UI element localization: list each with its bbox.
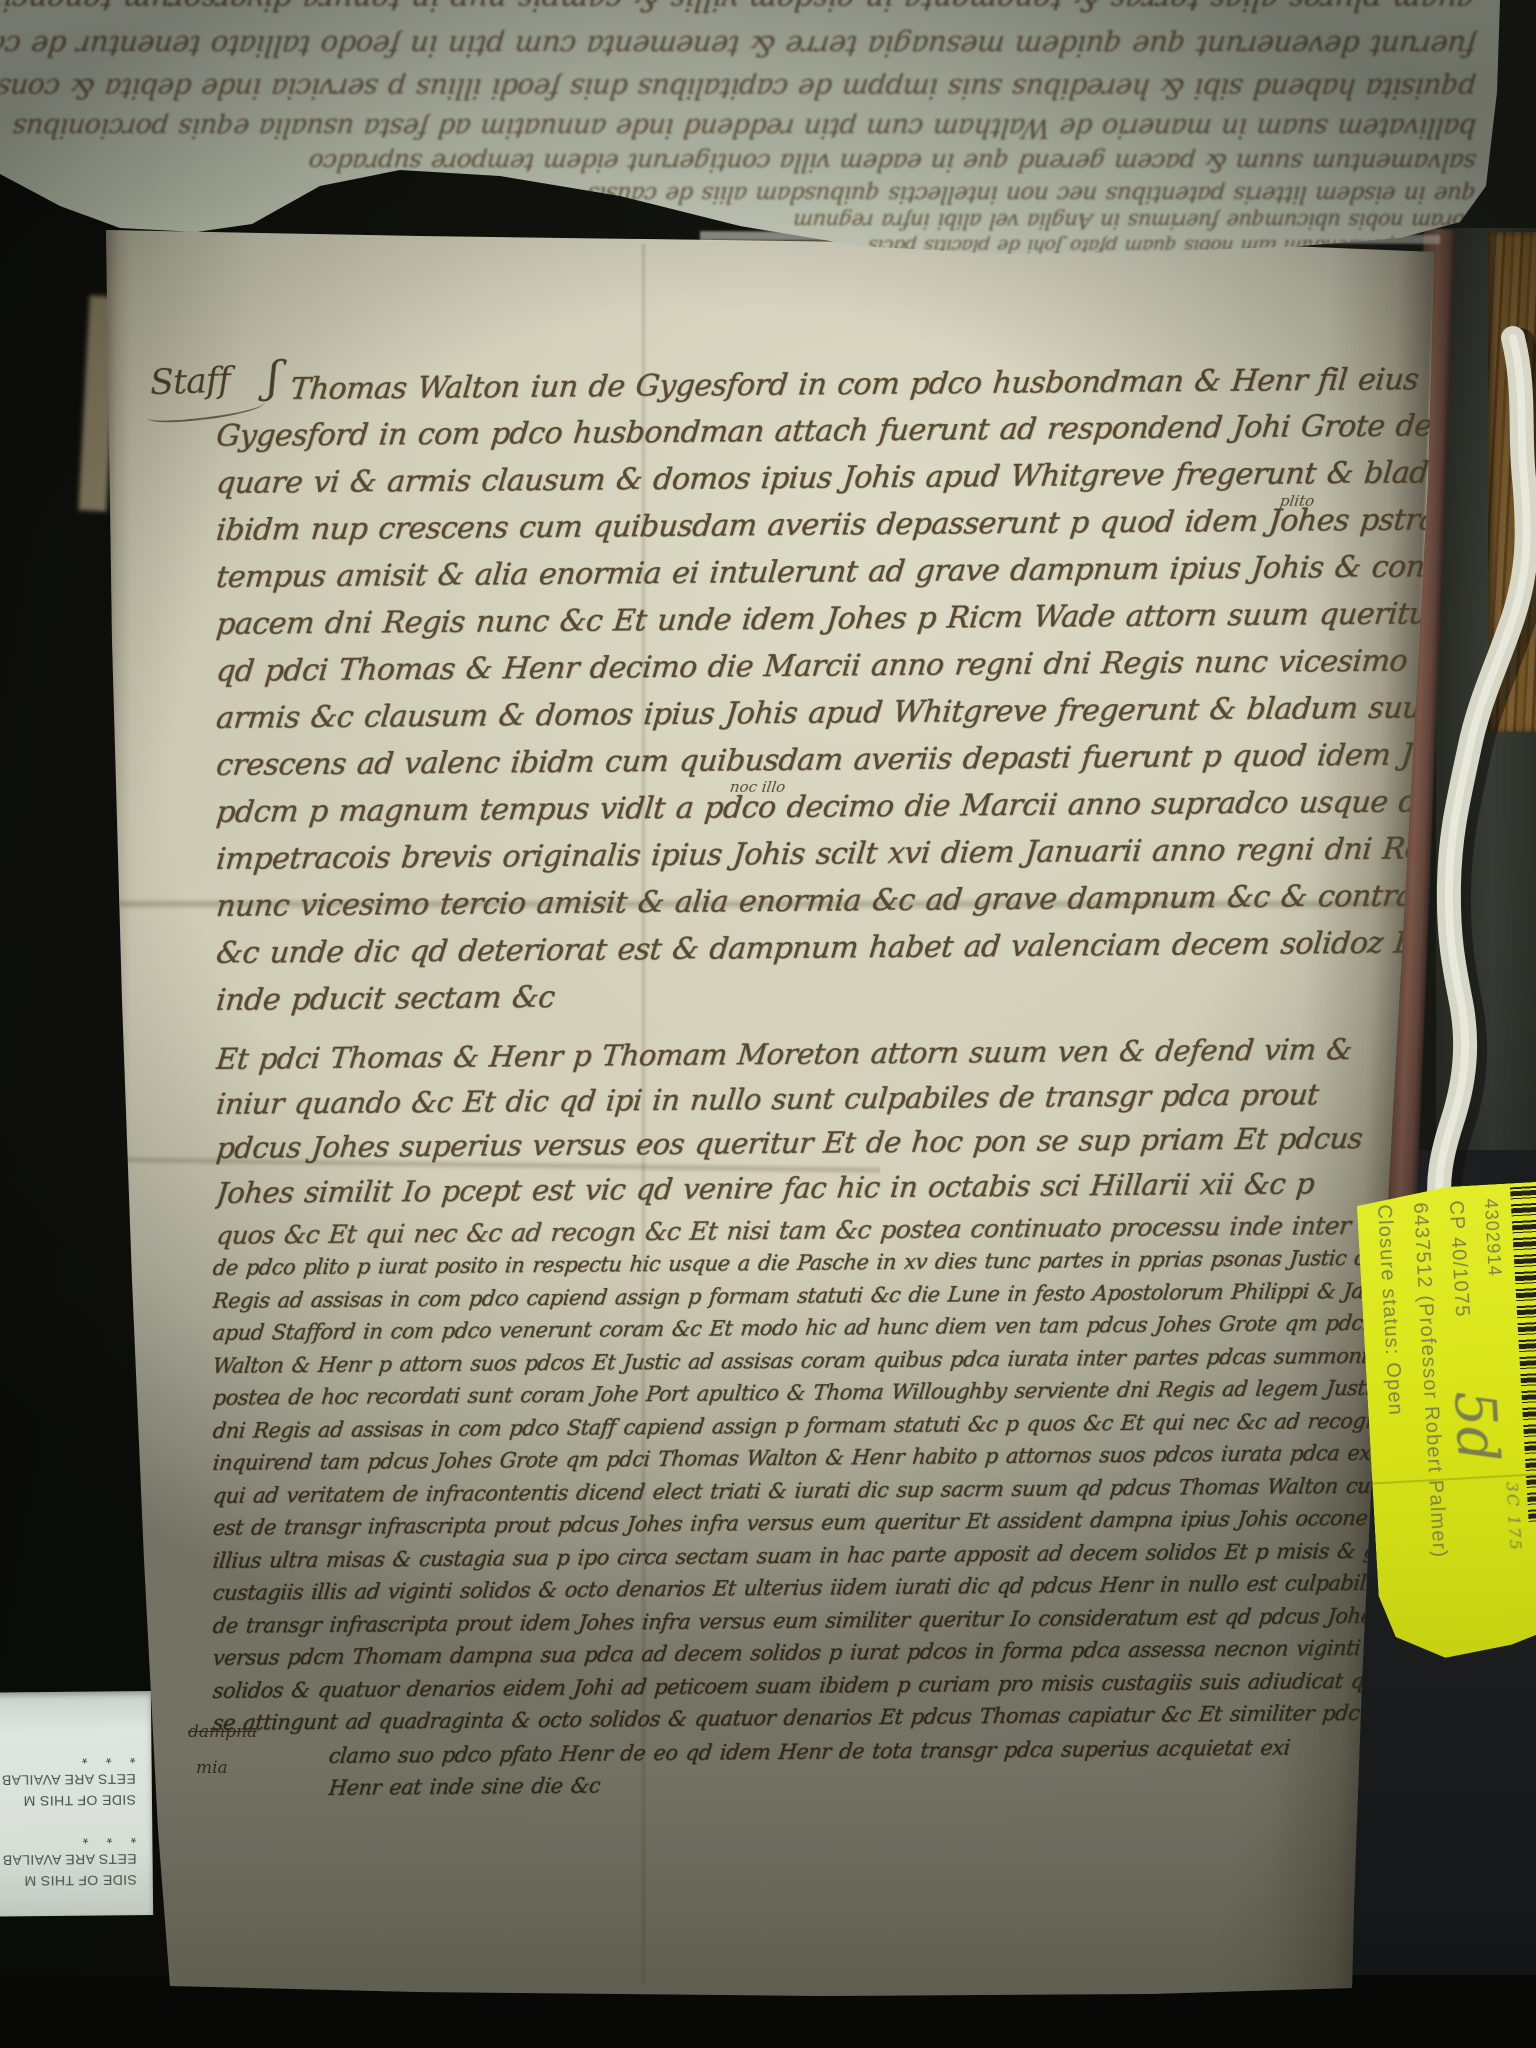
pencil-annotation-small: 3C 175 [1502,1481,1525,1552]
slip-line: SIDE OF THIS M [0,1869,137,1892]
slip-stars: * * * [0,1747,136,1770]
photography-slip: SIDE OF THIS M EETS ARE AVAILAB * * * SI… [0,1691,153,1917]
slip-line: EETS ARE AVAILAB [0,1848,137,1871]
slip-line: EETS ARE AVAILAB [0,1768,136,1791]
request-sticker: 4302914 CP 40/1075 6437512 (Professor Ro… [1356,1182,1536,1662]
archive-photo-stage: Staff ʃ Thomas Walton iun de Gygesford i… [0,0,1536,2048]
archival-ribbon [0,0,1536,2048]
slip-line: SIDE OF THIS M [0,1789,136,1812]
photography-slip-text: SIDE OF THIS M EETS ARE AVAILAB * * * SI… [0,1691,153,1917]
slip-stars: * * * [0,1827,136,1850]
pencil-annotation: 5d [1441,1389,1510,1464]
